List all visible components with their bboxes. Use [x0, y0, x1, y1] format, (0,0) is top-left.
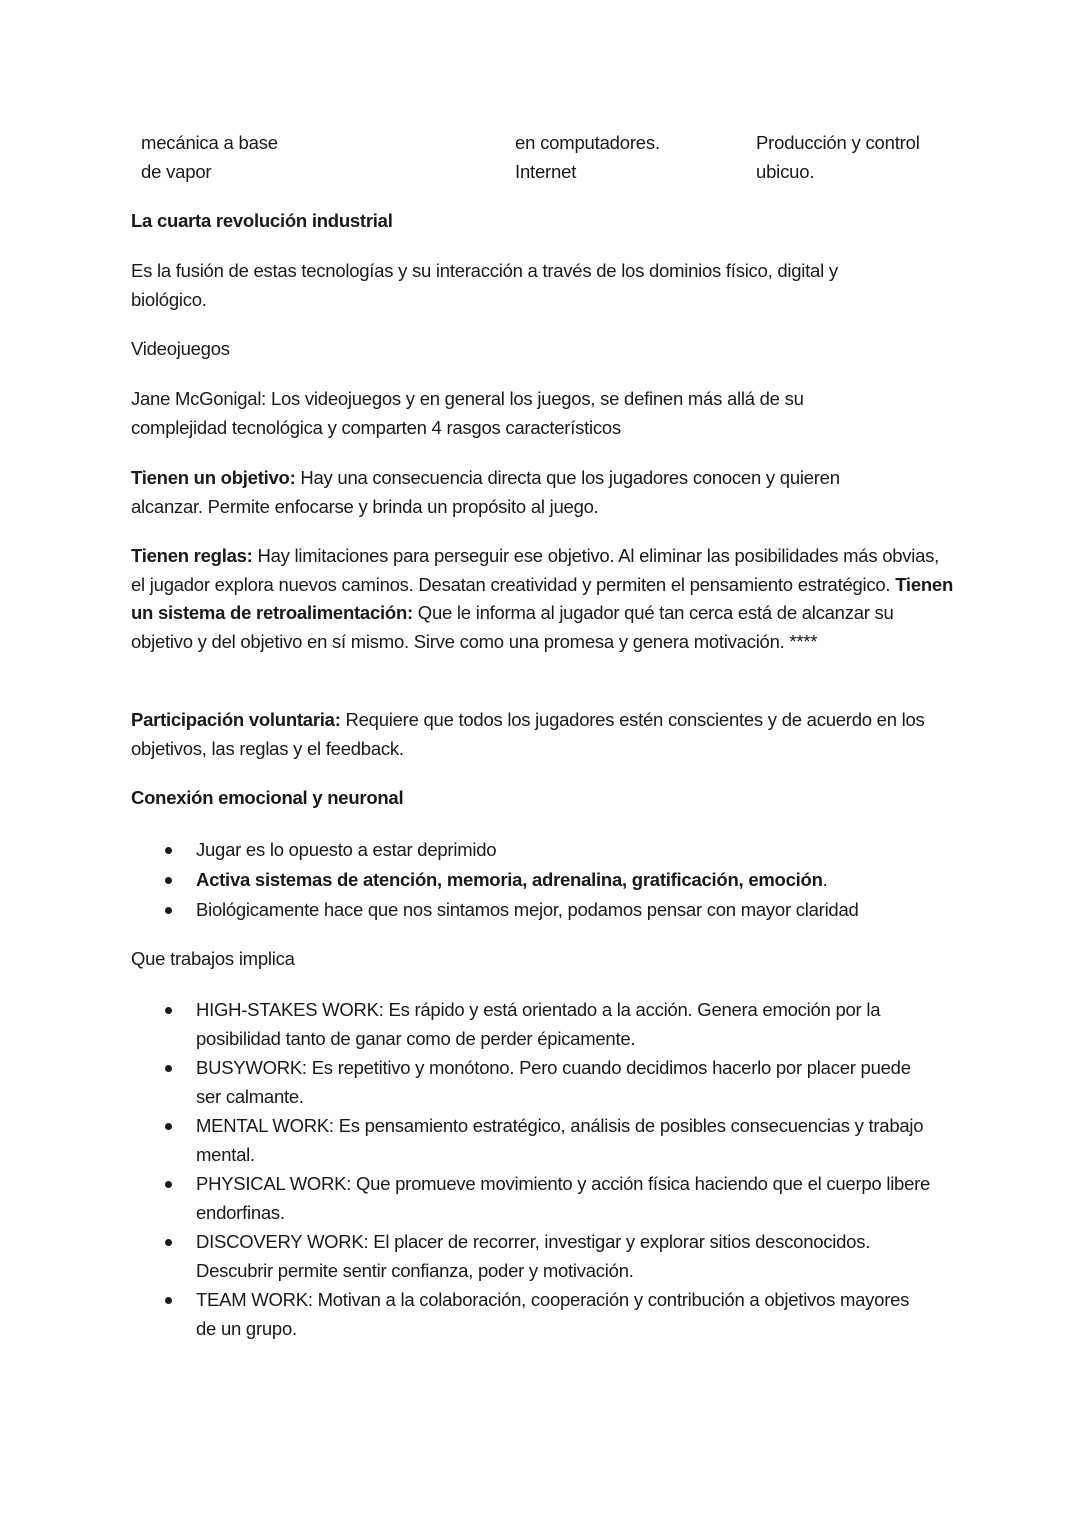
list-item-text: Jugar es lo opuesto a estar deprimido: [196, 839, 496, 860]
trait-objective-label: Tienen un objetivo:: [131, 467, 296, 488]
list-item: HIGH-STAKES WORK: Es rápido y está orien…: [131, 996, 931, 1053]
bullet-icon: [165, 1007, 172, 1014]
list-item: Jugar es lo opuesto a estar deprimido: [131, 836, 961, 865]
bullet-icon: [165, 1297, 172, 1304]
list-item-trailing: .: [823, 869, 828, 890]
list-item-text: DISCOVERY WORK: El placer de recorrer, i…: [196, 1231, 870, 1281]
trait-objective: Tienen un objetivo: Hay una consecuencia…: [131, 464, 901, 521]
videogames-heading: Videojuegos: [131, 335, 961, 364]
list-item-text: BUSYWORK: Es repetitivo y monótono. Pero…: [196, 1057, 911, 1107]
list-item: Activa sistemas de atención, memoria, ad…: [131, 866, 961, 895]
table-cell-line: de vapor: [141, 158, 278, 187]
table-cell-col2: en computadores. Internet: [515, 129, 660, 186]
list-item-text: PHYSICAL WORK: Que promueve movimiento y…: [196, 1173, 930, 1223]
bullet-icon: [165, 877, 172, 884]
table-cell-line: mecánica a base: [141, 129, 278, 158]
emotional-heading: Conexión emocional y neuronal: [131, 784, 961, 813]
bullet-icon: [165, 1065, 172, 1072]
list-item-text: Activa sistemas de atención, memoria, ad…: [196, 869, 823, 890]
list-item-text: TEAM WORK: Motivan a la colaboración, co…: [196, 1289, 909, 1339]
bullet-icon: [165, 907, 172, 914]
table-cell-line: ubicuo.: [756, 158, 920, 187]
emotional-list: Jugar es lo opuesto a estar deprimido Ac…: [131, 836, 961, 926]
list-item: BUSYWORK: Es repetitivo y monótono. Pero…: [131, 1054, 931, 1111]
list-item: PHYSICAL WORK: Que promueve movimiento y…: [131, 1170, 931, 1227]
table-cell-line: Internet: [515, 158, 660, 187]
trait-voluntary-label: Participación voluntaria:: [131, 709, 341, 730]
trait-rules-text: Hay limitaciones para perseguir ese obje…: [131, 545, 939, 595]
work-types-list: HIGH-STAKES WORK: Es rápido y está orien…: [131, 996, 931, 1344]
trait-rules: Tienen reglas: Hay limitaciones para per…: [131, 542, 956, 656]
list-item: DISCOVERY WORK: El placer de recorrer, i…: [131, 1228, 931, 1285]
list-item-text: HIGH-STAKES WORK: Es rápido y está orien…: [196, 999, 880, 1049]
list-item-text: MENTAL WORK: Es pensamiento estratégico,…: [196, 1115, 923, 1165]
list-item: MENTAL WORK: Es pensamiento estratégico,…: [131, 1112, 931, 1169]
bullet-icon: [165, 1239, 172, 1246]
list-item: Biológicamente hace que nos sintamos mej…: [131, 896, 961, 925]
document-page: mecánica a base de vapor en computadores…: [0, 0, 1080, 1527]
table-cell-col3: Producción y control ubicuo.: [756, 129, 920, 186]
list-item-text: Biológicamente hace que nos sintamos mej…: [196, 899, 859, 920]
table-cell-col1: mecánica a base de vapor: [141, 129, 278, 186]
work-types-heading: Que trabajos implica: [131, 945, 961, 974]
table-cell-line: en computadores.: [515, 129, 660, 158]
bullet-icon: [165, 1181, 172, 1188]
table-cell-line: Producción y control: [756, 129, 920, 158]
bullet-icon: [165, 1123, 172, 1130]
fourth-revolution-heading: La cuarta revolución industrial: [131, 207, 961, 236]
fourth-revolution-body: Es la fusión de estas tecnologías y su i…: [131, 257, 901, 314]
videogames-intro: Jane McGonigal: Los videojuegos y en gen…: [131, 385, 861, 442]
trait-voluntary: Participación voluntaria: Requiere que t…: [131, 706, 961, 763]
bullet-icon: [165, 847, 172, 854]
trait-rules-label: Tienen reglas:: [131, 545, 253, 566]
list-item: TEAM WORK: Motivan a la colaboración, co…: [131, 1286, 931, 1343]
